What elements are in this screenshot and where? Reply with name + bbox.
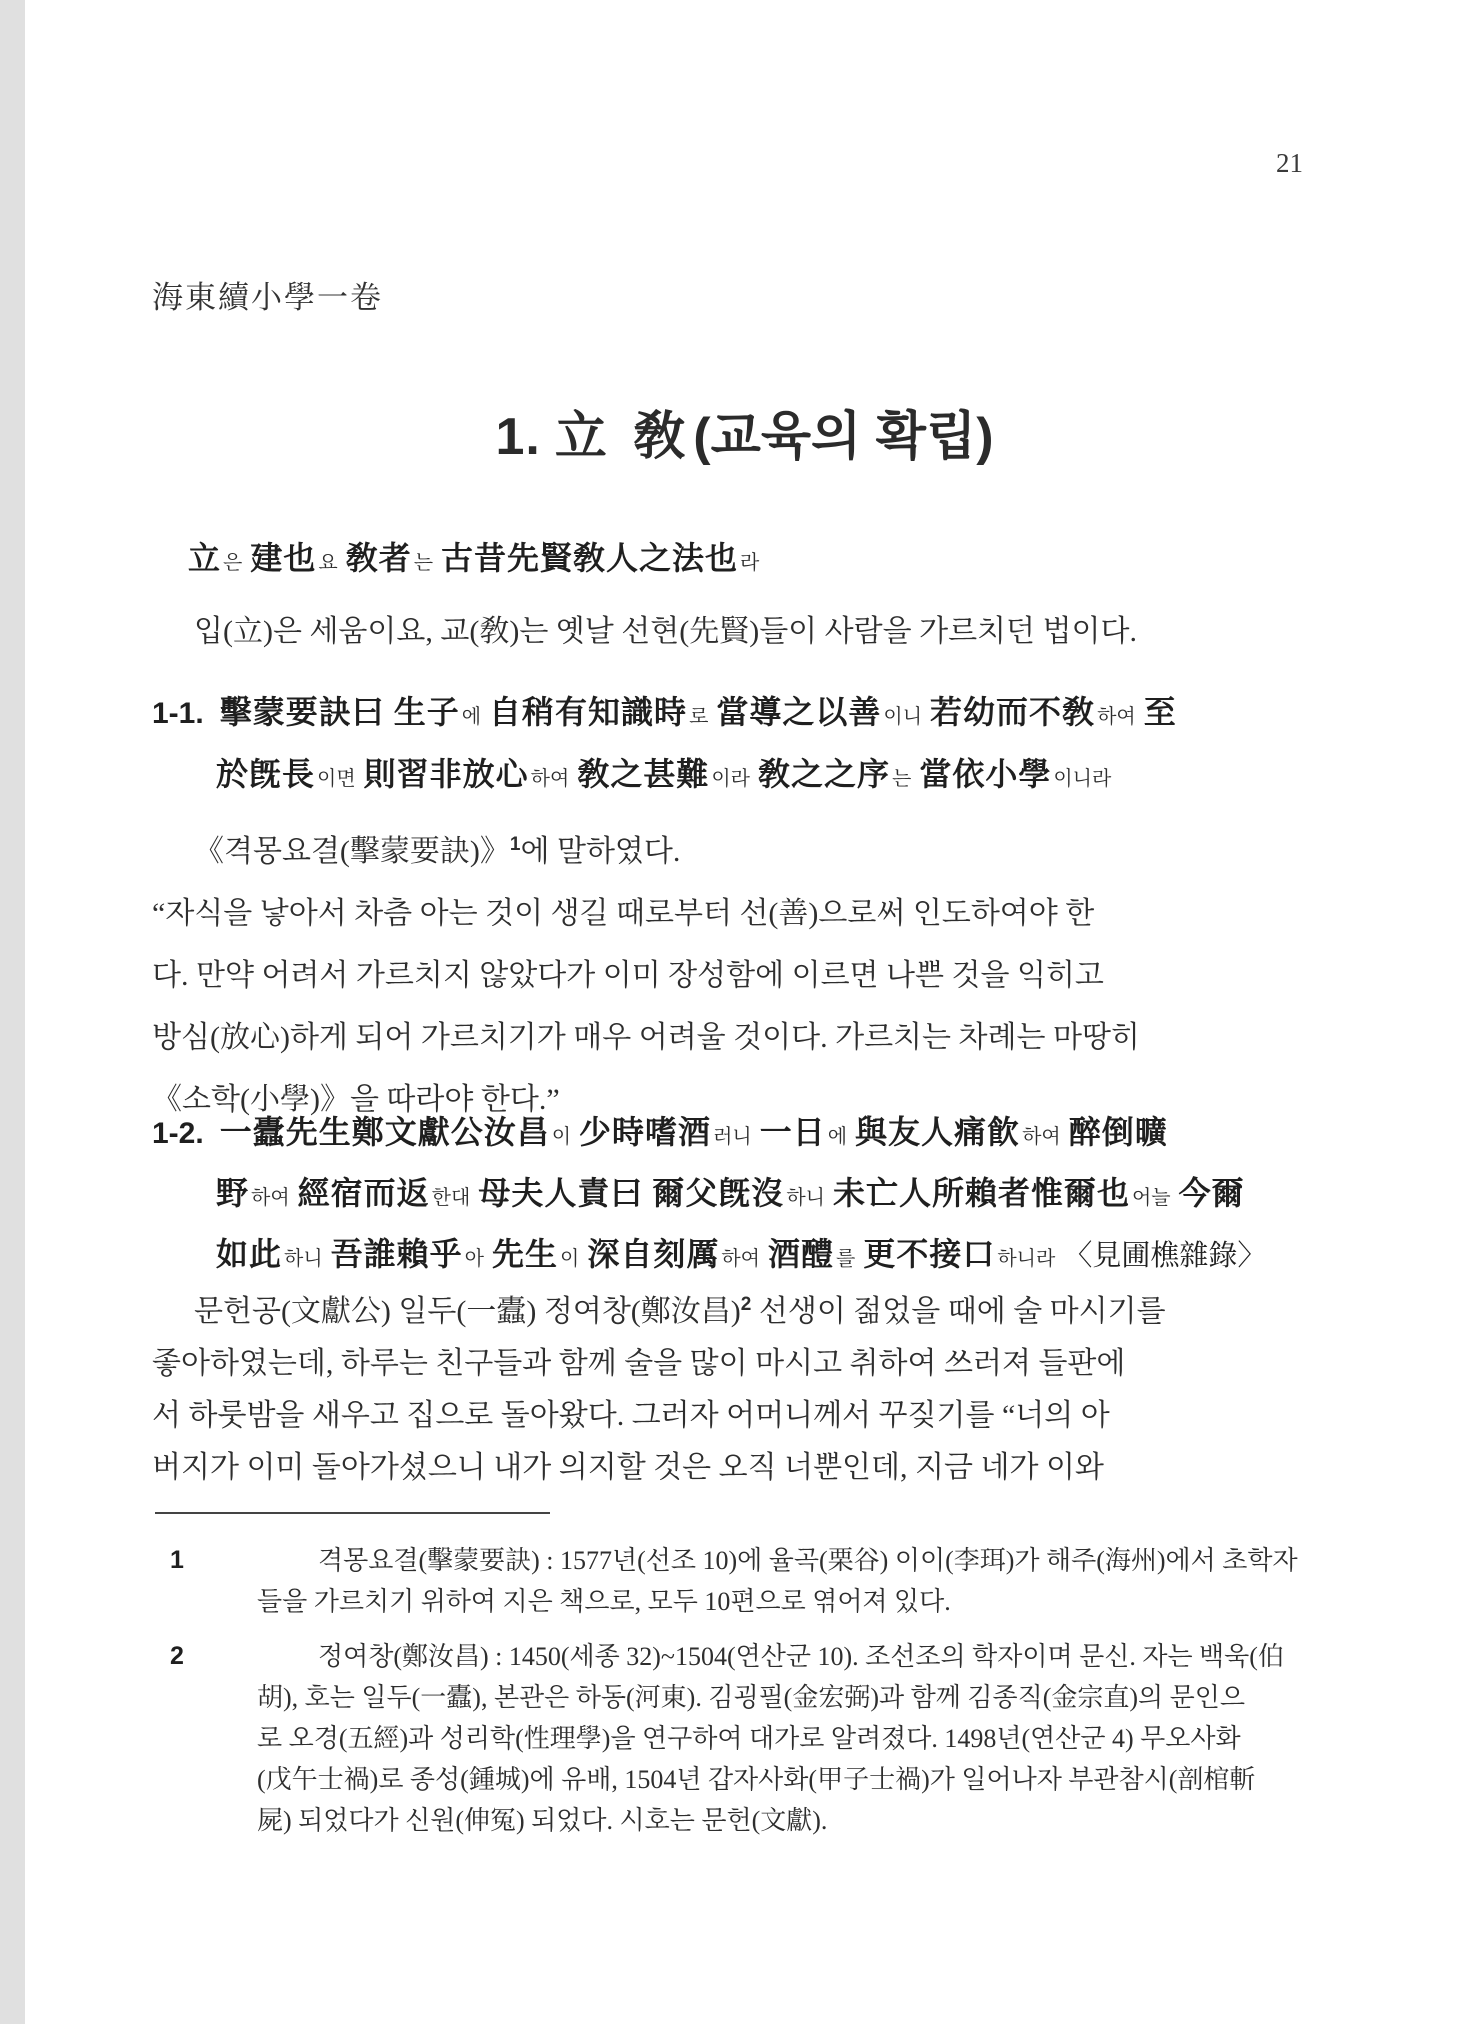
page-title: 1.立 敎(교육의 확립) [152,394,1337,469]
footnote: 1 격몽요결(擊蒙要訣) : 1577년(선조 10)에 율곡(栗谷) 이이(李… [152,1540,1362,1622]
footnote-separator [155,1512,550,1514]
chapter-number: 1. [495,408,540,466]
section-1-2-hanja-line: 野하여 經宿而返한대 母夫人責曰 爾父旣沒하니 未亡人所賴者惟爾也어늘 今爾 [216,1173,1245,1218]
section-1-1-hanja-line: 1-1.擊蒙要訣曰 生子에 自稍有知識時로 當導之以善이니 若幼而不敎하여 至 [152,692,1177,737]
section-1-1-number: 1-1. [152,697,204,730]
translation-line: 서 하룻밤을 새우고 집으로 돌아왔다. 그러자 어머니께서 꾸짖기를 “너의 … [152,1396,1110,1436]
translation-line: 다. 만약 어려서 가르치지 않았다가 이미 장성함에 이르면 나쁜 것을 익히… [152,956,1104,996]
section-1-2-number: 1-2. [152,1117,204,1150]
translation-line: “자식을 낳아서 차츰 아는 것이 생길 때로부터 선(善)으로써 인도하여야 … [152,894,1094,934]
footnote-line: 들을 가르치기 위하여 지은 책으로, 모두 10편으로 엮어져 있다. [152,1581,1362,1622]
footnote-line: 胡), 호는 일두(一蠹), 본관은 하동(河東). 김굉필(金宏弼)과 함께 … [152,1677,1362,1718]
translation-line: 문헌공(文獻公) 일두(一蠹) 정여창(鄭汝昌)2 선생이 젊었을 때에 술 마… [194,1292,1166,1332]
footnote-number: 2 [170,1636,184,1677]
footnote-line: 로 오경(五經)과 성리학(性理學)을 연구하여 대가로 알려졌다. 1498년… [152,1718,1362,1759]
footnote-line: 屍) 되었다가 신원(伸冤) 되었다. 시호는 문헌(文獻). [152,1800,1362,1841]
translation-line: 버지가 이미 돌아가셨으니 내가 의지할 것은 오직 너뿐인데, 지금 네가 이… [152,1448,1104,1488]
section-1-2-hanja-line: 1-2.一蠹先生鄭文獻公汝昌이 少時嗜酒러니 一日에 與友人痛飮하여 醉倒曠 [152,1112,1168,1157]
footnote-line: 격몽요결(擊蒙要訣) : 1577년(선조 10)에 율곡(栗谷) 이이(李珥)… [152,1540,1362,1581]
section-1-2-hanja-line: 如此하니 吾誰賴乎아 先生이 深自刻厲하여 酒醴를 更不接口하니라 〈見圃樵雜錄… [216,1234,1266,1279]
section-1-1-hanja-line: 於旣長이면 則習非放心하여 敎之甚難이라 敎之之序는 當依小學이니라 [216,754,1111,799]
footnote-line: 정여창(鄭汝昌) : 1450(세종 32)~1504(연산군 10). 조선조… [152,1636,1362,1677]
book-page: 21 海東續小學一卷 1.立 敎(교육의 확립) 立은 建也요 敎者는 古昔先賢… [0,0,1481,2024]
translation-line: 《격몽요결(擊蒙要訣)》1에 말하였다. [194,832,680,872]
page-number: 21 [1276,148,1303,179]
footnote-number: 1 [170,1540,184,1581]
footnote-line: (戊午士禍)로 종성(鍾城)에 유배, 1504년 갑자사화(甲子士禍)가 일어… [152,1759,1362,1800]
chapter-title-hanja: 立 敎 [555,408,691,466]
intro-translation-line: 입(立)은 세움이요, 교(敎)는 옛날 선현(先賢)들이 사람을 가르치던 법… [194,612,1137,652]
running-header: 海東續小學一卷 [152,272,383,317]
footnote: 2 정여창(鄭汝昌) : 1450(세종 32)~1504(연산군 10). 조… [152,1636,1362,1841]
chapter-title-subtitle: (교육의 확립) [693,408,993,466]
section-1-2-hanja-text: 一蠹先生鄭文獻公汝昌이 少時嗜酒러니 一日에 與友人痛飮하여 醉倒曠 [220,1114,1168,1150]
scan-edge-strip [0,0,25,2024]
section-1-1-hanja-text: 擊蒙要訣曰 生子에 自稍有知識時로 當導之以善이니 若幼而不敎하여 至 [220,694,1177,730]
translation-line: 좋아하였는데, 하루는 친구들과 함께 술을 많이 마시고 취하여 쓰러져 들판… [152,1344,1125,1384]
intro-hanja-line: 立은 建也요 敎者는 古昔先賢敎人之法也라 [188,538,759,583]
translation-line: 방심(放心)하게 되어 가르치기가 매우 어려울 것이다. 가르치는 차례는 마… [152,1018,1140,1058]
